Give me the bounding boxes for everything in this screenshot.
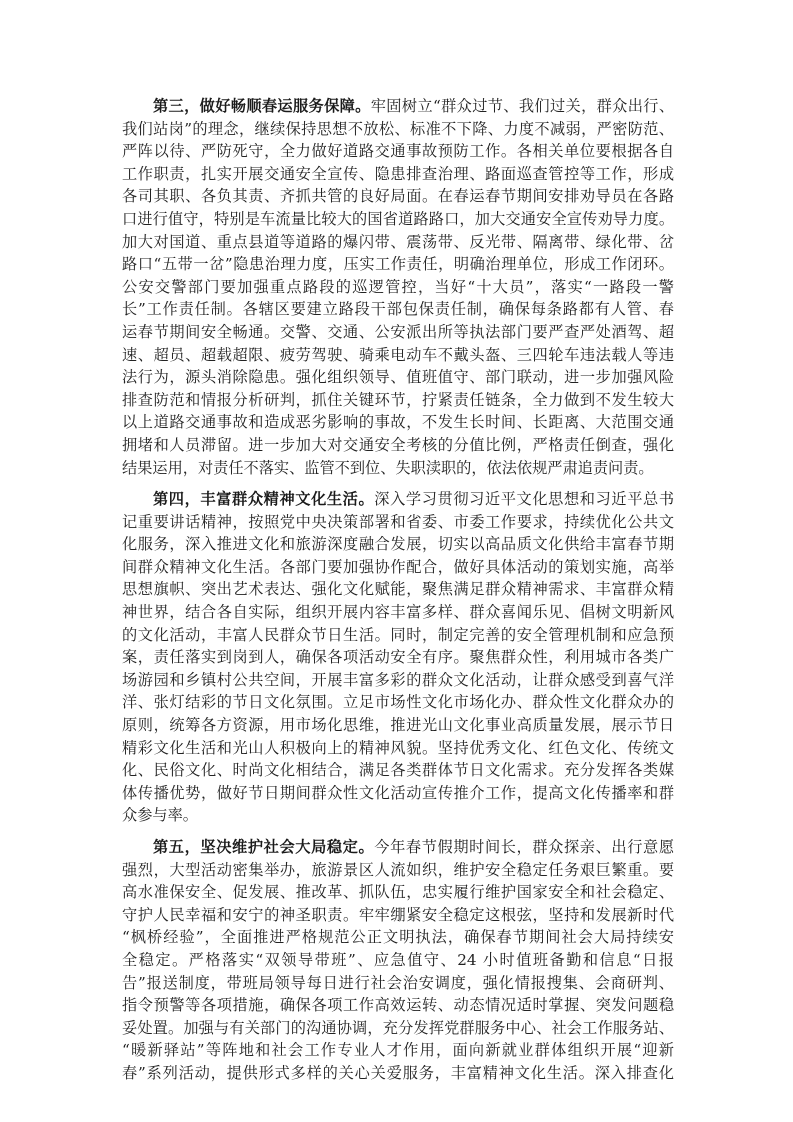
paragraph-line: 春”系列活动，提供形式多样的关心关爱服务，丰富精神文化生活。深入排查化 (122, 1062, 674, 1085)
paragraph-line: “暖新驿站”等阵地和社会工作专业人才作用，面向新就业群体组织开展“迎新 (122, 1039, 674, 1062)
paragraph-line: 工作职责，扎实开展交通安全宣传、隐患排查治理、路面巡查管控等工作，形成 (122, 163, 674, 186)
paragraph-line: 第三，做好畅顺春运服务保障。牢固树立“群众过节、我们过关，群众出行、 (122, 95, 674, 118)
paragraph-line: 公安交警部门要加强重点路段的巡逻管控，当好“十大员”，落实“一路段一警 (122, 276, 674, 299)
paragraph-line: 拥堵和人员滞留。进一步加大对交通安全考核的分值比例，严格责任倒查，强化 (122, 434, 674, 457)
paragraph-line: 口进行值守，特别是车流量比较大的国省道路路口，加大交通安全宣传劝导力度。 (122, 208, 674, 231)
paragraph-line: 案，责任落实到岗到人，确保各项活动安全有序。聚焦群众性，利用城市各类广 (122, 646, 674, 669)
paragraph-line: 洋、张灯结彩的节日文化氛围。立足市场性文化市场化办、群众性文化群众办的 (122, 691, 674, 714)
paragraph-line: 法行为，源头消除隐患。强化组织领导、值班值守、部门联动，进一步加强风险 (122, 366, 674, 389)
paragraph-line: 长”工作责任制。各辖区要建立路段干部包保责任制，确保每条路都有人管、春 (122, 298, 674, 321)
paragraph-line: 运春节期间安全畅通。交警、交通、公安派出所等执法部门要严查严处酒驾、超 (122, 321, 674, 344)
paragraph-line: 结果运用，对责任不落实、监管不到位、失职渎职的，依法依规严肃追责问责。 (122, 457, 674, 480)
paragraph-line: 排查防范和情报分析研判，抓住关键环节，拧紧责任链条，全力做到不发生较大 (122, 389, 674, 412)
paragraph-line: 第五，坚决维护社会大局稳定。今年春节假期时间长，群众探亲、出行意愿 (122, 836, 674, 859)
paragraph-line: 妥处置。加强与有关部门的沟通协调，充分发挥党群服务中心、社会工作服务站、 (122, 1017, 674, 1040)
paragraph-line: 原则，统筹各方资源，用市场化思维，推进光山文化事业高质量发展，展示节日 (122, 714, 674, 737)
paragraph-line: 各司其职、各负其责、齐抓共管的良好局面。在春运春节期间安排劝导员在各路 (122, 185, 674, 208)
paragraph-fourth-culture-life: 第四，丰富群众精神文化生活。深入学习贯彻习近平文化思想和习近平总书 记重要讲话精… (122, 488, 674, 827)
paragraph-line: 思想旗帜、突出艺术表达、强化文化赋能，聚焦满足群众精神需求、丰富群众精 (122, 578, 674, 601)
paragraph-line: 严阵以待、严防死守，全力做好道路交通事故预防工作。各相关单位要根据各自 (122, 140, 674, 163)
paragraph-line: 化服务，深入推进文化和旅游深度融合发展，切实以高品质文化供给丰富春节期 (122, 533, 674, 556)
paragraph-line: 全稳定。严格落实“双领导带班”、应急值守、24 小时值班备勤和信息“日报 (122, 949, 674, 972)
paragraph-line: 路口“五带一岔”隐患治理力度，压实工作责任，明确治理单位，形成工作闭环。 (122, 253, 674, 276)
paragraph-line: 精彩文化生活和光山人积极向上的精神风貌。坚持优秀文化、红色文化、传统文 (122, 737, 674, 760)
paragraph-line: 告”报送制度，带班局领导每日进行社会治安调度，强化情报搜集、会商研判、 (122, 972, 674, 995)
paragraph-line: 守护人民幸福和安宁的神圣职责。牢牢绷紧安全稳定这根弦，坚持和发展新时代 (122, 904, 674, 927)
paragraph-line: 的文化活动，丰富人民群众节日生活。同时，制定完善的安全管理机制和应急预 (122, 624, 674, 647)
paragraph-fifth-social-stability: 第五，坚决维护社会大局稳定。今年春节假期时间长，群众探亲、出行意愿 强烈，大型活… (122, 836, 674, 1085)
paragraph-line: 神世界，结合各自实际，组织开展内容丰富多样、群众喜闻乐见、倡树文明新风 (122, 601, 674, 624)
paragraph-line: 场游园和乡镇村公共空间，开展丰富多彩的群众文化活动，让群众感受到喜气洋 (122, 669, 674, 692)
paragraph-line: 化、民俗文化、时尚文化相结合，满足各类群体节日文化需求。充分发挥各类媒 (122, 759, 674, 782)
document-body: 第三，做好畅顺春运服务保障。牢固树立“群众过节、我们过关，群众出行、 我们站岗”… (122, 95, 674, 1094)
paragraph-line: 以上道路交通事故和造成恶劣影响的事故，不发生长时间、长距离、大范围交通 (122, 411, 674, 434)
document-page: 第三，做好畅顺春运服务保障。牢固树立“群众过节、我们过关，群众出行、 我们站岗”… (0, 0, 793, 1122)
paragraph-line: “枫桥经验”，全面推进严格规范公正文明执法，确保春节期间社会大局持续安 (122, 926, 674, 949)
paragraph-line: 速、超员、超载超限、疲劳驾驶、骑乘电动车不戴头盔、三四轮车违法载人等违 (122, 344, 674, 367)
paragraph-heading: 第五，坚决维护社会大局稳定。 (153, 838, 374, 856)
paragraph-line: 强烈，大型活动密集举办，旅游景区人流如织，维护安全稳定任务艰巨繁重。要 (122, 859, 674, 882)
paragraph-line: 体传播优势，做好节日期间群众性文化活动宣传推介工作，提高文化传播率和群 (122, 782, 674, 805)
paragraph-line: 加大对国道、重点县道等道路的爆闪带、震荡带、反光带、隔离带、绿化带、岔 (122, 231, 674, 254)
paragraph-line: 高水准保安全、促发展、推改革、抓队伍，忠实履行维护国家安全和社会稳定、 (122, 881, 674, 904)
paragraph-line: 我们站岗”的理念，继续保持思想不放松、标准不下降、力度不减弱，严密防范、 (122, 118, 674, 141)
paragraph-line: 记重要讲话精神，按照党中央决策部署和省委、市委工作要求，持续优化公共文 (122, 511, 674, 534)
paragraph-third-travel-safety: 第三，做好畅顺春运服务保障。牢固树立“群众过节、我们过关，群众出行、 我们站岗”… (122, 95, 674, 479)
paragraph-heading: 第四，丰富群众精神文化生活。 (153, 490, 374, 508)
paragraph-line: 指令预警等各项措施，确保各项工作高效运转、动态情况适时掌握、突发问题稳 (122, 994, 674, 1017)
paragraph-line: 第四，丰富群众精神文化生活。深入学习贯彻习近平文化思想和习近平总书 (122, 488, 674, 511)
paragraph-line: 间群众精神文化生活。各部门要加强协作配合，做好具体活动的策划实施，高举 (122, 556, 674, 579)
paragraph-heading: 第三，做好畅顺春运服务保障。 (153, 97, 371, 115)
paragraph-line: 众参与率。 (122, 804, 674, 827)
